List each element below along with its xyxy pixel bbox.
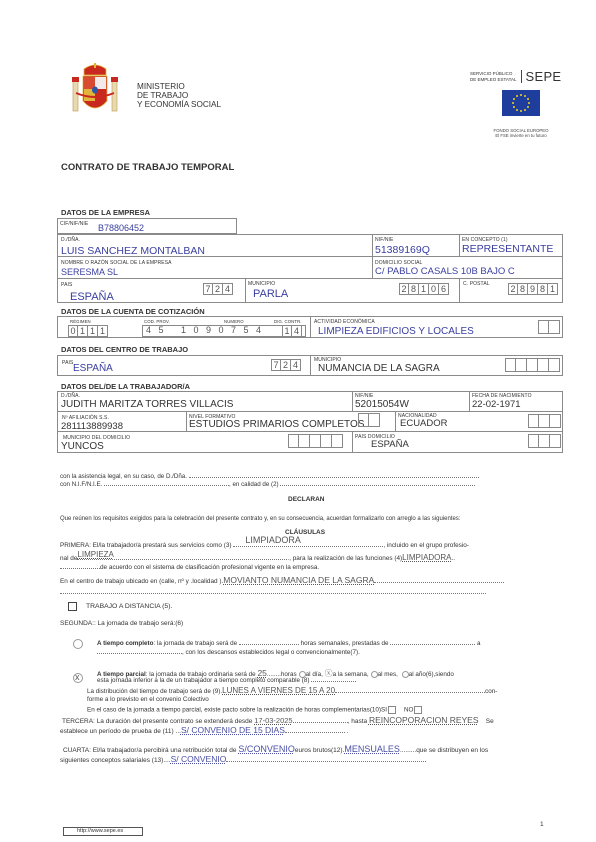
cif-value: B78806452	[98, 223, 144, 233]
domicilio-value[interactable]: C/ PABLO CASALS 10B BAJO C	[375, 266, 515, 277]
legal-capacity-field[interactable]	[280, 485, 475, 486]
actividad-label: ACTIVIDAD ECONÓMICA	[314, 319, 375, 325]
municipio-code: 28106	[399, 283, 449, 295]
ministry-line2: DE TRABAJO	[137, 91, 221, 100]
cif-field[interactable]: CIF/NIF/NIE B78806452	[57, 218, 237, 234]
section-cotizacion: DATOS DE LA CUENTA DE COTIZACIÓN	[61, 307, 205, 316]
empresa-row2: NOMBRE O RAZÓN SOCIAL DE LA EMPRESA SERE…	[57, 257, 563, 279]
nif-label: NIF/NIE	[375, 237, 393, 243]
footer-url-link[interactable]: http://www.sepe.es	[63, 827, 143, 836]
sepe-line1: SERVICIO PÚBLICO	[470, 71, 517, 77]
funciones-value[interactable]: LIMPIADORA	[402, 553, 451, 562]
nivel-value[interactable]: ESTUDIOS PRIMARIOS COMPLETOS	[189, 419, 364, 430]
nac-code[interactable]	[528, 414, 561, 428]
primera-line1: PRIMERA: El/la trabajador/a prestará sus…	[60, 539, 469, 549]
intro-text: Que reúnen los requisitos exigidos para …	[60, 516, 460, 522]
centro-municipio-code[interactable]	[505, 358, 560, 372]
legal-representative-field[interactable]	[189, 477, 479, 478]
section-centro: DATOS DEL CENTRO DE TRABAJO	[61, 345, 188, 354]
parcial-radio-mark: x	[75, 672, 80, 682]
centro-pais-label: PAIS	[62, 360, 73, 366]
primera-line4: En el centro de trabajo ubicado en (call…	[60, 575, 504, 585]
sepe-line2: DE EMPLEO ESTATAL	[470, 77, 517, 83]
distancia-label: TRABAJO A DISTANCIA (5).	[86, 603, 172, 610]
cpostal-label: C. POSTAL	[463, 281, 490, 287]
parcial-radio[interactable]: x	[73, 673, 83, 683]
cuarta-line2: siguientes conceptos salariales (13)....…	[60, 754, 426, 764]
afil-value[interactable]: 281113889938	[61, 421, 123, 432]
primera-extra-line	[60, 593, 486, 594]
centro-pais-code: 724	[271, 359, 301, 371]
complem-line: En el caso de la jornada a tiempo parcia…	[87, 706, 422, 714]
sepe-brand: SEPE	[526, 69, 562, 84]
completo-line2: , con los descansos establecidos legal o…	[97, 649, 360, 656]
completo-line1: A tiempo completo: la jornada de trabajo…	[97, 640, 481, 647]
distrib-line: La distribución del tiempo de trabajo se…	[87, 686, 497, 695]
fse-caption: FONDO SOCIAL EUROPEO El FSE invierte en …	[490, 128, 552, 138]
trab-nif-value[interactable]: 52015054W	[355, 399, 409, 410]
sepe-logo: SERVICIO PÚBLICO DE EMPLEO ESTATAL SEPE	[470, 69, 561, 84]
actividad-value[interactable]: LIMPIEZA EDIFICIOS Y LOCALES	[318, 326, 474, 337]
legal-nif-field[interactable]	[104, 485, 229, 486]
paisdom-value[interactable]: ESPAÑA	[371, 439, 409, 450]
desde-value[interactable]: 17-03-2025	[254, 716, 292, 725]
trabajador-row1: D./DÑA. JUDITH MARITZA TORRES VILLACIS N…	[57, 391, 563, 412]
cotizacion-row: RÉGIMEN 0111 COD. PROV. NUMERO DIG. CONT…	[57, 316, 563, 338]
municipio-label: MUNICIPIO	[248, 281, 275, 287]
distrib-line2: forme a lo previsto en el convenio Colec…	[87, 696, 209, 703]
centro-pais-value[interactable]: ESPAÑA	[73, 363, 113, 374]
tercera-line2: establece un período de prueba de (11) .…	[60, 725, 349, 735]
declaran-heading: DECLARAN	[288, 496, 324, 503]
nivel-code[interactable]	[358, 413, 380, 427]
grupo-field[interactable]: LIMPIEZA	[77, 552, 287, 560]
nac-value[interactable]: ECUADOR	[400, 418, 448, 429]
opt-anio-radio[interactable]	[402, 671, 409, 678]
djdna-label: D./DÑA.	[61, 237, 80, 243]
distancia-checkbox[interactable]	[68, 602, 77, 611]
completo-to-field[interactable]	[97, 653, 182, 654]
numero-value: 4 5 1 0 9 0 7 5 4	[146, 325, 264, 335]
ministry-name: MINISTERIO DE TRABAJO Y ECONOMÍA SOCIAL	[137, 82, 221, 109]
centro-municipio-value[interactable]: NUMANCIA DE LA SAGRA	[318, 363, 440, 374]
legal-line1: con la asistencia legal, en su caso, de …	[60, 473, 479, 480]
eu-flag-icon	[502, 90, 540, 116]
completo-from-field[interactable]	[390, 644, 475, 645]
ministry-line1: MINISTERIO	[137, 82, 221, 91]
prueba-value[interactable]: S/ CONVENIO DE 15 DIAS	[181, 725, 285, 735]
trab-djdna-value[interactable]: JUDITH MARITZA TORRES VILLACIS	[61, 399, 233, 410]
tercera-line1: TERCERA: La duración del presente contra…	[62, 715, 494, 725]
complem-si-checkbox[interactable]	[388, 706, 396, 714]
primera-line3: de acuerdo con el sistema de clasificaci…	[60, 564, 319, 571]
cpostal-code[interactable]: 28981	[508, 283, 558, 295]
primera-line2: nal deLIMPIEZA., para la realización de …	[60, 552, 455, 562]
paisdom-code[interactable]	[528, 434, 561, 448]
empresa-row3: PAIS ESPAÑA 724 MUNICIPIO PARLA 28106 C.…	[57, 279, 563, 303]
actividad-code[interactable]	[538, 320, 560, 334]
nif-value[interactable]: 51389169Q	[375, 244, 430, 256]
periodo-value[interactable]: MENSUALES	[344, 744, 400, 754]
legal-line2: con N.I.F/N.I.E. , en calidad de (2)	[60, 481, 475, 488]
parcial-line2: esta jornada inferior a la de un trabaja…	[97, 677, 356, 684]
concepto-value[interactable]: REPRESENTANTE	[462, 243, 553, 255]
pais-value[interactable]: ESPAÑA	[70, 291, 114, 303]
complem-no-checkbox[interactable]	[414, 706, 422, 714]
regimen-code[interactable]: 0111	[68, 325, 108, 337]
completo-radio[interactable]	[73, 639, 83, 649]
hasta-value[interactable]: REINCOPORACION REYES	[369, 715, 479, 725]
section-empresa: DATOS DE LA EMPRESA	[61, 208, 150, 217]
municipio-value[interactable]: PARLA	[253, 288, 288, 300]
total-value[interactable]: S/CONVENIO	[238, 744, 295, 754]
mundom-value[interactable]: YUNCOS	[61, 441, 104, 452]
coat-of-arms-logo	[70, 63, 120, 119]
razon-label: NOMBRE O RAZÓN SOCIAL DE LA EMPRESA	[61, 260, 172, 266]
puesto-field[interactable]: LIMPIADORA	[233, 539, 383, 547]
cif-label: CIF/NIF/NIE	[60, 221, 88, 227]
centro-direccion-value[interactable]: MOVIANTO NUMANCIA DE LA SAGRA	[223, 575, 374, 585]
mundom-code[interactable]	[288, 434, 343, 448]
completo-hours-field[interactable]	[239, 644, 299, 645]
fse-line2: El FSE invierte en tu futuro	[490, 133, 552, 138]
opt-mes-radio[interactable]	[371, 671, 378, 678]
djdna-value[interactable]: LUIS SANCHEZ MONTALBAN	[61, 245, 205, 257]
razon-value[interactable]: SERESMA SL	[61, 267, 118, 277]
conceptos-value[interactable]: S/ CONVENIO	[171, 754, 227, 764]
centro-row: PAIS ESPAÑA 724 MUNICIPIO NUMANCIA DE LA…	[57, 355, 563, 376]
ministry-line3: Y ECONOMÍA SOCIAL	[137, 100, 221, 109]
page-title: CONTRATO DE TRABAJO TEMPORAL	[61, 162, 234, 173]
fnac-value[interactable]: 22-02-1971	[472, 399, 521, 410]
trabajador-row3: MUNICIPIO DEL DOMICILIO YUNCOS PAIS DOMI…	[57, 432, 563, 453]
segunda-title: SEGUNDA:: La jornada de trabajo será:(6)	[60, 620, 183, 627]
pais-label: PAIS	[61, 282, 72, 288]
digcontr-code[interactable]: 14	[282, 325, 302, 337]
trabajador-row2: Nº AFILIACIÓN S.S. 281113889938 NIVEL FO…	[57, 412, 563, 432]
pais-code: 724	[203, 283, 233, 295]
cuarta-line1: CUARTA: El/la trabajador/a percibirá una…	[63, 744, 488, 754]
distrib-value[interactable]: LUNES A VIERNES DE 15 A 20	[222, 686, 335, 695]
empresa-row1: D./DÑA. LUIS SANCHEZ MONTALBAN NIF/NIE 5…	[57, 234, 563, 257]
page-number: 1	[540, 821, 544, 828]
section-trabajador: DATOS DEL/DE LA TRABAJADOR/A	[61, 382, 190, 391]
